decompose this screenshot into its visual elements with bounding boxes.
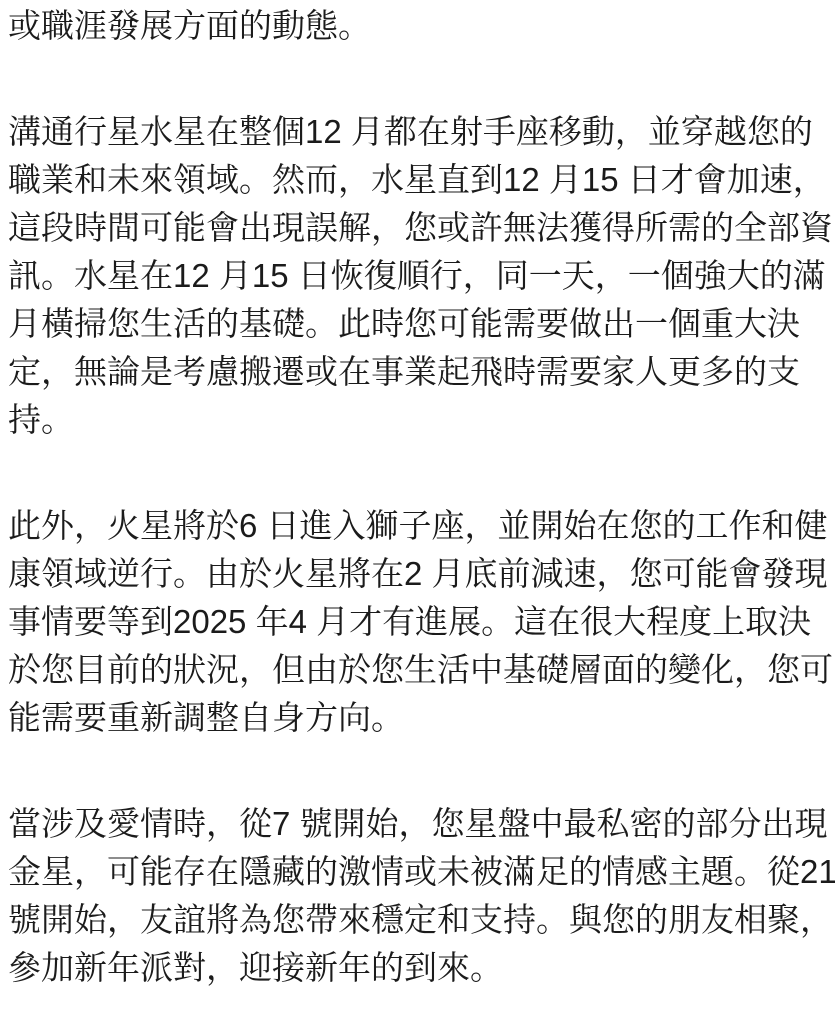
text-line: 職業和未來領域。然而，水星直到12 月15 日才會加速， [8, 156, 827, 204]
text-line: 此外，火星將於6 日進入獅子座，並開始在您的工作和健 [8, 502, 827, 550]
text-line: 參加新年派對，迎接新年的到來。 [8, 944, 827, 992]
text-line: 事情要等到2025 年4 月才有進展。這在很大程度上取決 [8, 598, 827, 646]
article-body: 或職涯發展方面的動態。 溝通行星水星在整個12 月都在射手座移動，並穿越您的 職… [8, 2, 827, 992]
text-line: 定，無論是考慮搬遷或在事業起飛時需要家人更多的支 [8, 348, 827, 396]
text-line: 這段時間可能會出現誤解，您或許無法獲得所需的全部資 [8, 204, 827, 252]
text-line: 訊。水星在12 月15 日恢復順行，同一天，一個強大的滿 [8, 252, 827, 300]
text-line: 號開始，友誼將為您帶來穩定和支持。與您的朋友相聚， [8, 896, 827, 944]
paragraph-1: 或職涯發展方面的動態。 [8, 2, 827, 50]
text-line: 月橫掃您生活的基礎。此時您可能需要做出一個重大決 [8, 300, 827, 348]
text-line: 於您目前的狀況，但由於您生活中基礎層面的變化，您可 [8, 646, 827, 694]
paragraph-2: 溝通行星水星在整個12 月都在射手座移動，並穿越您的 職業和未來領域。然而，水星… [8, 108, 827, 444]
paragraph-3: 此外，火星將於6 日進入獅子座，並開始在您的工作和健 康領域逆行。由於火星將在2… [8, 502, 827, 742]
text-line: 金星，可能存在隱藏的激情或未被滿足的情感主題。從21 [8, 848, 827, 896]
text-line: 溝通行星水星在整個12 月都在射手座移動，並穿越您的 [8, 108, 827, 156]
text-line: 康領域逆行。由於火星將在2 月底前減速，您可能會發現 [8, 550, 827, 598]
text-line: 當涉及愛情時，從7 號開始，您星盤中最私密的部分出現 [8, 800, 827, 848]
text-line: 持。 [8, 396, 827, 444]
paragraph-4: 當涉及愛情時，從7 號開始，您星盤中最私密的部分出現 金星，可能存在隱藏的激情或… [8, 800, 827, 992]
text-line: 或職涯發展方面的動態。 [8, 2, 827, 50]
text-line: 能需要重新調整自身方向。 [8, 694, 827, 742]
